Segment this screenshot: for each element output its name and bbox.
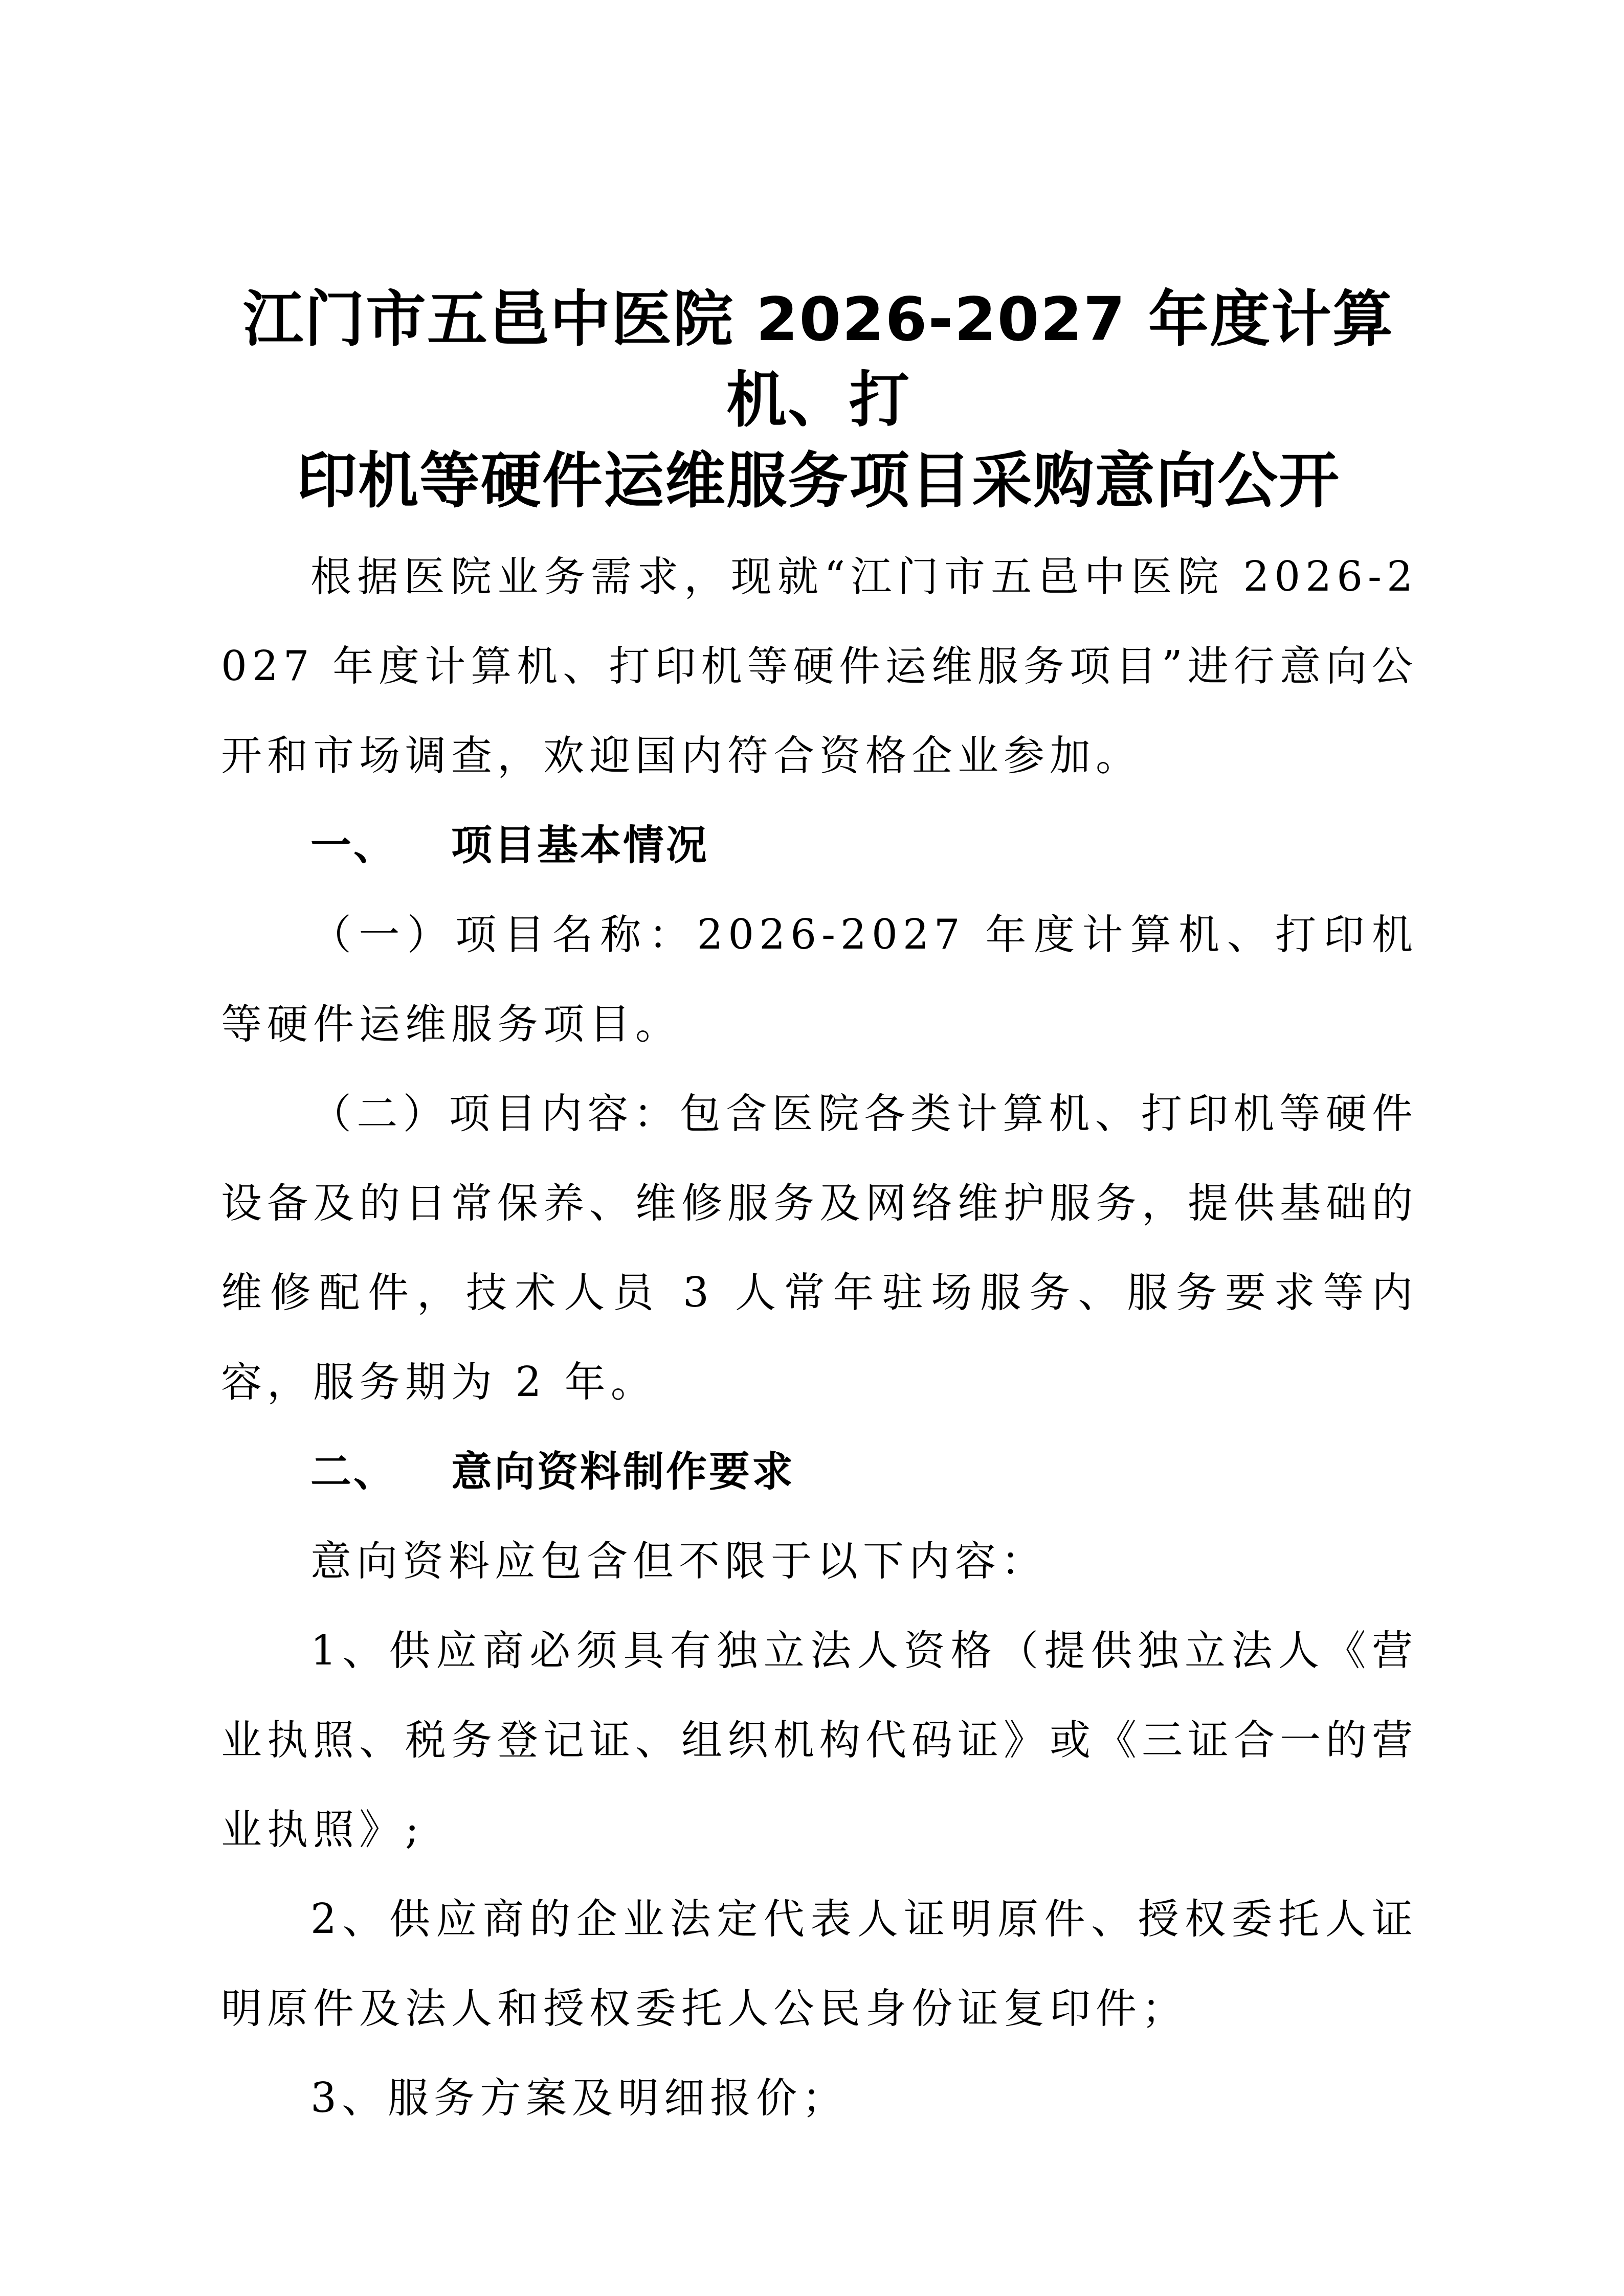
section-title: 意向资料制作要求: [451, 1448, 795, 1495]
document-body: 根据医院业务需求，现就“江门市五邑中医院 2026-2027 年度计算机、打印机…: [221, 532, 1418, 2143]
document-page: 江门市五邑中医院 2026-2027 年度计算机、打 印机等硬件运维服务项目采购…: [0, 0, 1624, 2296]
title-line-2: 印机等硬件运维服务项目采购意向公开: [215, 440, 1422, 521]
title-line-1: 江门市五邑中医院 2026-2027 年度计算机、打: [215, 279, 1422, 440]
requirement-item-2: 2、供应商的企业法定代表人证明原件、授权委托人证明原件及法人和授权委托人公民身份…: [221, 1874, 1418, 2053]
document-title: 江门市五邑中医院 2026-2027 年度计算机、打 印机等硬件运维服务项目采购…: [215, 279, 1422, 521]
section-number: 一、: [310, 800, 451, 890]
intro-paragraph: 根据医院业务需求，现就“江门市五邑中医院 2026-2027 年度计算机、打印机…: [221, 532, 1418, 800]
project-content-paragraph: （二）项目内容：包含医院各类计算机、打印机等硬件设备及的日常保养、维修服务及网络…: [221, 1069, 1418, 1427]
section-number: 二、: [310, 1427, 451, 1516]
section-title: 项目基本情况: [451, 821, 709, 869]
section-heading-2: 二、意向资料制作要求: [221, 1427, 1418, 1516]
requirements-intro: 意向资料应包含但不限于以下内容：: [221, 1516, 1418, 1606]
section-heading-1: 一、项目基本情况: [221, 800, 1418, 890]
requirement-item-3: 3、服务方案及明细报价；: [221, 2053, 1418, 2143]
requirement-item-1: 1、供应商必须具有独立法人资格（提供独立法人《营业执照、税务登记证、组织机构代码…: [221, 1606, 1418, 1874]
project-name-paragraph: （一）项目名称：2026-2027 年度计算机、打印机等硬件运维服务项目。: [221, 890, 1418, 1069]
